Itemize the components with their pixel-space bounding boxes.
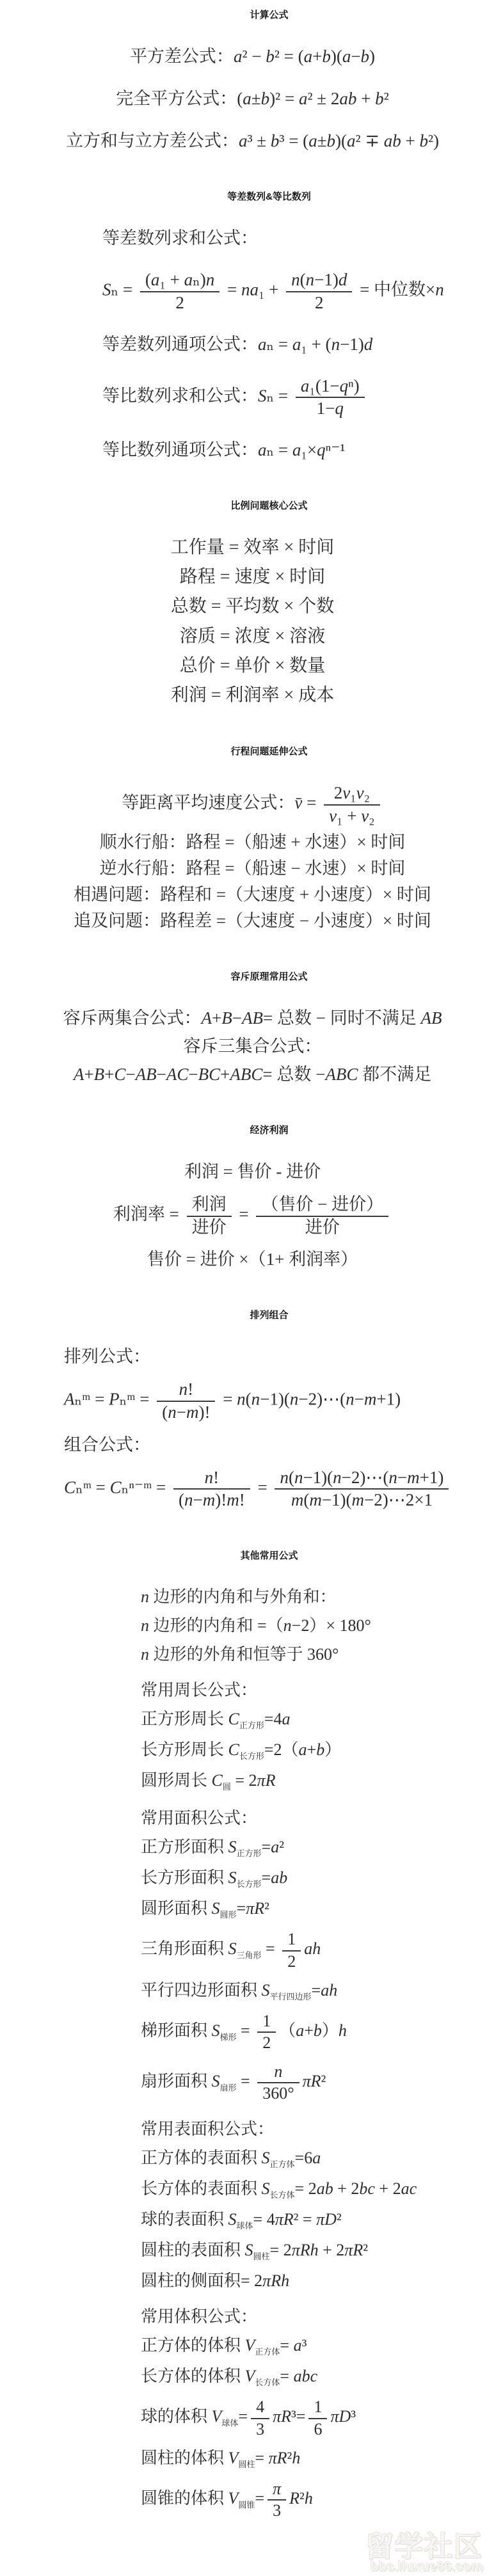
formula-line: 等比数列通项公式：aₙ = a₁×qⁿ⁻¹ bbox=[0, 440, 487, 460]
formula-line: 顺水行船：路程 =（船速 + 水速）× 时间 bbox=[9, 832, 487, 852]
formula-line: 立方和与立方差公式：a³ ± b³ = (a±b)(a² ∓ ab + b²) bbox=[9, 131, 487, 151]
formula-line: 完全平方公式：(a±b)² = a² ± 2ab + b² bbox=[9, 89, 487, 109]
formula-line: 常用表面积公式： bbox=[0, 2120, 487, 2139]
formula-line: 长方体的体积 V长方体= abc bbox=[0, 2367, 487, 2388]
formula-line: 正方体的表面积 S正方体=6a bbox=[0, 2149, 487, 2170]
section-heading: 其他常用公式 bbox=[26, 1548, 487, 1562]
formula-line: n 边形的内角和 =（n−2）× 180° bbox=[0, 1616, 487, 1635]
section: 行程问题延伸公式等距离平均速度公式：v̄ = 2v₁v₂v₁ + v₂顺水行船：… bbox=[0, 744, 487, 931]
formula-line: 正方形面积 S正方形=a² bbox=[0, 1838, 487, 1859]
formula-line: 常用体积公式： bbox=[0, 2307, 487, 2326]
formula-line: 球的表面积 S球体= 4πR² = πD² bbox=[0, 2210, 487, 2231]
formula-line: 长方体的表面积 S长方体= 2ab + 2bc + 2ac bbox=[0, 2179, 487, 2200]
formula-line: 三角形面积 S三角形 = 12ah bbox=[0, 1930, 487, 1971]
section: 比例问题核心公式工作量 = 效率 × 时间路程 = 速度 × 时间总数 = 平均… bbox=[0, 498, 487, 706]
formula-line: 圆形面积 S圆形=πR² bbox=[0, 1899, 487, 1920]
formula-line: 圆柱的体积 V圆柱= πR²h bbox=[0, 2449, 487, 2470]
section-heading: 等差数列&等比数列 bbox=[26, 189, 487, 203]
formula-line: 组合公式： bbox=[0, 1435, 487, 1455]
formula-line: Aₙᵐ = Pₙᵐ = n!(n−m)! = n(n−1)(n−2)⋯(n−m+… bbox=[0, 1379, 487, 1422]
formula-line: 相遇问题：路程和 =（大速度 + 小速度）× 时间 bbox=[9, 885, 487, 905]
formula-line: n 边形的外角和恒等于 360° bbox=[0, 1645, 487, 1664]
formula-line: 长方形面积 S长方形=ab bbox=[0, 1868, 487, 1889]
formula-line: n 边形的内角和与外角和： bbox=[0, 1587, 487, 1607]
formula-line: 常用周长公式： bbox=[0, 1681, 487, 1700]
formula-line: 利润 = 利润率 × 成本 bbox=[9, 685, 487, 706]
watermark-url: bbs.liuxue86.com bbox=[365, 2561, 483, 2573]
formula-line: 等距离平均速度公式：v̄ = 2v₁v₂v₁ + v₂ bbox=[9, 783, 487, 825]
formula-line: 球的体积 V球体=43πR³=16πD³ bbox=[0, 2397, 487, 2438]
formula-line: 容斥两集合公式：A+B−AB= 总数 − 同时不满足 AB bbox=[9, 1008, 487, 1028]
formula-line: 圆锥的体积 V圆锥=π3R²h bbox=[0, 2479, 487, 2520]
section-heading: 排列组合 bbox=[26, 1308, 487, 1321]
section: 容斥原理常用公式容斥两集合公式：A+B−AB= 总数 − 同时不满足 AB容斥三… bbox=[0, 969, 487, 1085]
formula-line: 容斥三集合公式： bbox=[9, 1037, 487, 1056]
section: 排列组合排列公式：Aₙᵐ = Pₙᵐ = n!(n−m)! = n(n−1)(n… bbox=[0, 1308, 487, 1510]
formula-line: 总数 = 平均数 × 个数 bbox=[9, 596, 487, 617]
formula-line: 平行四边形面积 S平行四边形=ah bbox=[0, 1981, 487, 2002]
formula-line: 梯形面积 S梯形 = 12（a+b）h bbox=[0, 2012, 487, 2053]
section-heading: 比例问题核心公式 bbox=[26, 498, 487, 512]
formula-line: 路程 = 速度 × 时间 bbox=[9, 567, 487, 587]
formula-line: 追及问题：路程差 =（大速度 − 小速度）× 时间 bbox=[9, 911, 487, 931]
formula-line: 总价 = 单价 × 数量 bbox=[9, 656, 487, 676]
formula-line: 溶质 = 浓度 × 溶液 bbox=[9, 626, 487, 647]
formula-line: 正方形周长 C正方形=4a bbox=[0, 1710, 487, 1731]
formula-line: 圆形周长 C圆 = 2πR bbox=[0, 1771, 487, 1792]
section-heading: 行程问题延伸公式 bbox=[26, 744, 487, 758]
formula-line: 利润 = 售价 - 进价 bbox=[9, 1162, 487, 1182]
formula-line: 扇形面积 S扇形 = n360°πR² bbox=[0, 2062, 487, 2103]
section: 等差数列&等比数列等差数列求和公式：Sₙ = (a₁ + aₙ)n2 = na₁… bbox=[0, 189, 487, 460]
section: 经济利润利润 = 售价 - 进价利润率 = 利润进价 = （售价 − 进价）进价… bbox=[0, 1123, 487, 1269]
formula-line: Cₙᵐ = Cₙⁿ⁻ᵐ = n!(n−m)!m! = n(n−1)(n−2)⋯(… bbox=[0, 1468, 487, 1510]
formula-line: 圆柱的表面积 S圆柱= 2πRh + 2πR² bbox=[0, 2241, 487, 2262]
formula-line: 等差数列求和公式： bbox=[0, 228, 487, 248]
watermark: 留学社区 bbs.liuxue86.com bbox=[365, 2534, 483, 2573]
formula-line: 平方差公式：a² − b² = (a+b)(a−b) bbox=[9, 47, 487, 67]
formula-line: 工作量 = 效率 × 时间 bbox=[9, 537, 487, 558]
section-heading: 容斥原理常用公式 bbox=[26, 969, 487, 983]
section-heading: 经济利润 bbox=[26, 1123, 487, 1136]
section: 其他常用公式n 边形的内角和与外角和：n 边形的内角和 =（n−2）× 180°… bbox=[0, 1548, 487, 2520]
formula-line: 等差数列通项公式：aₙ = a₁ + (n−1)d bbox=[0, 335, 487, 354]
formula-line: 利润率 = 利润进价 = （售价 − 进价）进价 bbox=[9, 1195, 487, 1237]
section: 计算公式平方差公式：a² − b² = (a+b)(a−b)完全平方公式：(a±… bbox=[0, 8, 487, 151]
section-heading: 计算公式 bbox=[26, 8, 487, 21]
formula-line: 逆水行船：路程 =（船速 − 水速）× 时间 bbox=[9, 859, 487, 879]
formula-line: 售价 = 进价 ×（1+ 利润率） bbox=[9, 1250, 487, 1269]
formula-line: 圆柱的侧面积= 2πRh bbox=[0, 2271, 487, 2291]
formula-line: 常用面积公式： bbox=[0, 1809, 487, 1828]
formula-sheet: 计算公式平方差公式：a² − b² = (a+b)(a−b)完全平方公式：(a±… bbox=[0, 0, 487, 2520]
formula-line: 正方体的体积 V正方体= a³ bbox=[0, 2336, 487, 2357]
formula-line: 长方形周长 C长方形=2（a+b） bbox=[0, 1740, 487, 1761]
formula-line: A+B+C−AB−AC−BC+ABC= 总数 −ABC 都不满足 bbox=[9, 1065, 487, 1085]
formula-line: 排列公式： bbox=[0, 1347, 487, 1367]
watermark-logo: 留学社区 bbox=[365, 2534, 483, 2561]
formula-line: 等比数列求和公式：Sₙ = a₁(1−qⁿ)1−q bbox=[0, 376, 487, 418]
formula-line: Sₙ = (a₁ + aₙ)n2 = na₁ + n(n−1)d2 = 中位数×… bbox=[0, 270, 487, 312]
